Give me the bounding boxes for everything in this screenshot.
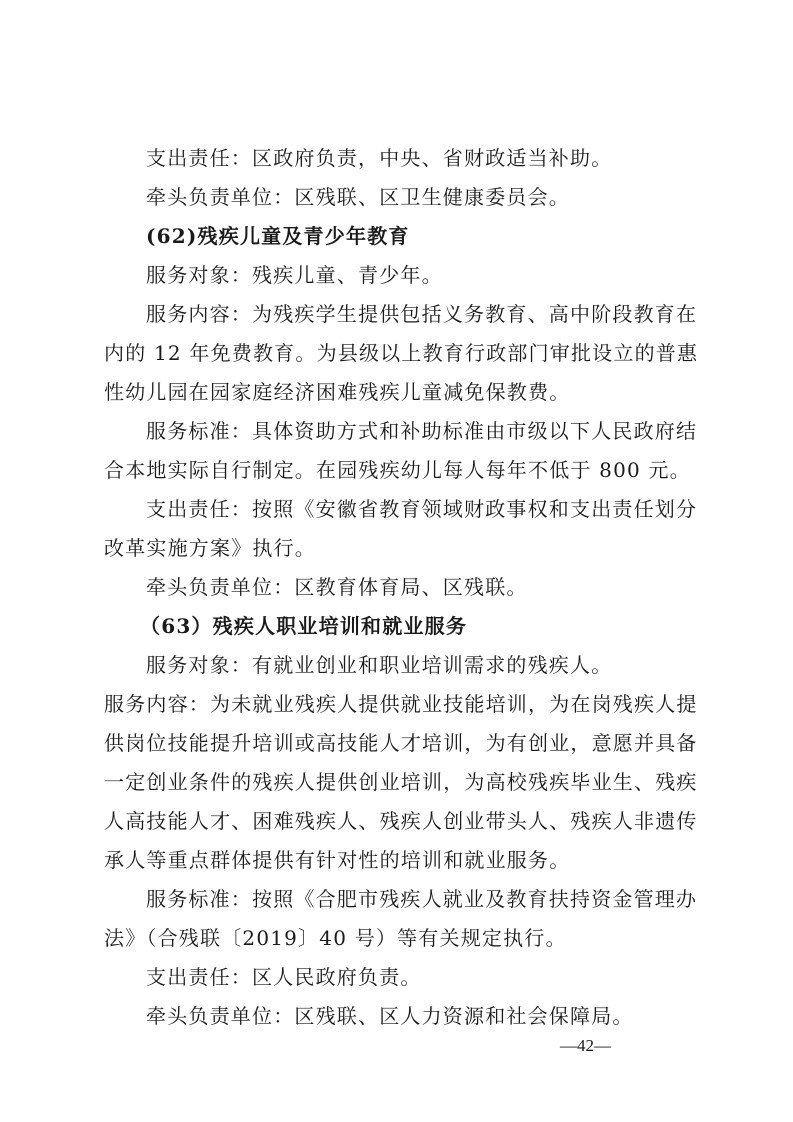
service-content-62-line3: 性幼儿园在园家庭经济困难残疾儿童减免保教费。: [104, 380, 570, 404]
service-content-63-line2: 供岗位技能提升培训或高技能人才培训，为有创业，意愿并具备: [104, 731, 698, 755]
lead-unit-63: 牵头负责单位：区残联、区人力资源和社会保障局。: [146, 1004, 634, 1028]
service-standard-63-line2: 法》（合残联〔2019〕40 号）等有关规定执行。: [104, 926, 567, 950]
page-number: —42—: [560, 1036, 611, 1056]
service-standard-62-line1: 服务标准：具体资助方式和补助标准由市级以下人民政府结: [146, 419, 697, 443]
service-content-63-line3: 一定创业条件的残疾人提供创业培训，为高校残疾毕业生、残疾: [104, 770, 698, 794]
expenditure-responsibility-62-line1: 支出责任：按照《安徽省教育领域财政事权和支出责任划分: [146, 497, 697, 521]
service-content-63-line1: 服务内容：为未就业残疾人提供就业技能培训，为在岗残疾人提: [104, 692, 698, 716]
service-content-62-line2: 内的 12 年免费教育。为县级以上教育行政部门审批设立的普惠: [104, 341, 698, 365]
expenditure-responsibility-61: 支出责任：区政府负责，中央、省财政适当补助。: [146, 146, 612, 170]
lead-unit-62: 牵头负责单位：区教育体育局、区残联。: [146, 575, 528, 599]
service-target-62: 服务对象：残疾儿童、青少年。: [146, 263, 443, 287]
section-heading-62: (62)残疾儿童及青少年教育: [146, 224, 410, 248]
service-content-63-line5: 承人等重点群体提供有针对性的培训和就业服务。: [104, 848, 570, 872]
expenditure-responsibility-62-line2: 改革实施方案》执行。: [104, 536, 316, 560]
service-standard-63-line1: 服务标准：按照《合肥市残疾人就业及教育扶持资金管理办: [146, 887, 697, 911]
expenditure-responsibility-63: 支出责任：区人民政府负责。: [146, 965, 422, 989]
service-content-62-line1: 服务内容：为残疾学生提供包括义务教育、高中阶段教育在: [146, 302, 697, 326]
document-page: 支出责任：区政府负责，中央、省财政适当补助。 牵头负责单位：区残联、区卫生健康委…: [0, 0, 793, 1122]
section-heading-63: （63）残疾人职业培训和就业服务: [140, 614, 467, 638]
service-target-63: 服务对象：有就业创业和职业培训需求的残疾人。: [146, 653, 612, 677]
service-standard-62-line2: 合本地实际自行制定。在园残疾幼儿每人每年不低于 800 元。: [104, 458, 691, 482]
service-content-63-line4: 人高技能人才、困难残疾人、残疾人创业带头人、残疾人非遗传: [104, 809, 698, 833]
lead-unit-61: 牵头负责单位：区残联、区卫生健康委员会。: [146, 185, 570, 209]
